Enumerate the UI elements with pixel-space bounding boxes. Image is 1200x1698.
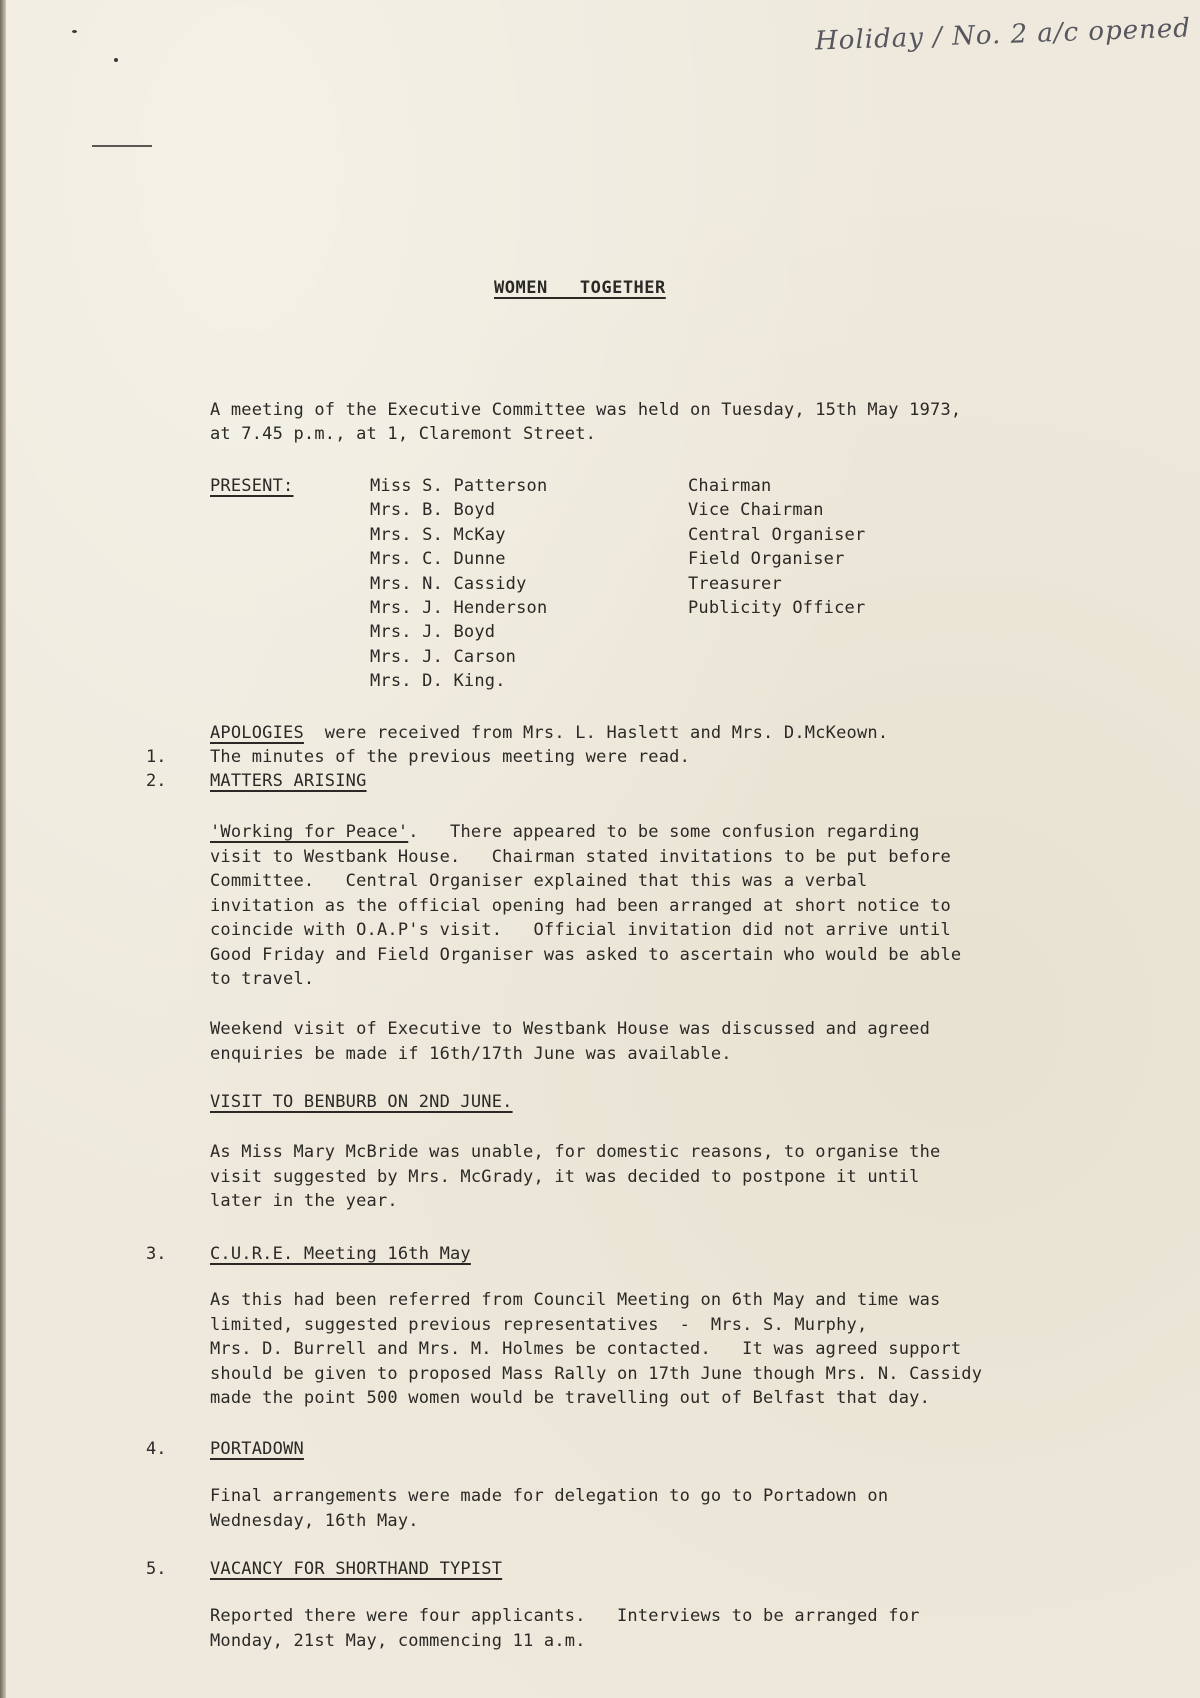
working-for-peace-text: . There appeared to be some confusion re… bbox=[408, 822, 919, 842]
item-number: 4. bbox=[146, 1437, 166, 1461]
weekend-visit-line: Weekend visit of Executive to Westbank H… bbox=[210, 1017, 930, 1041]
item-number: 5. bbox=[146, 1557, 166, 1581]
attendee-role: Field Organiser bbox=[688, 547, 845, 571]
attendee-name: Mrs. D. King. bbox=[370, 669, 506, 693]
attendee-name: Mrs. J. Henderson bbox=[370, 596, 547, 620]
scanned-page: Holiday / No. 2 a/c opened WOMEN TOGETHE… bbox=[0, 0, 1200, 1698]
item-number: 2. bbox=[146, 769, 166, 793]
vacancy-line: Reported there were four applicants. Int… bbox=[210, 1604, 920, 1628]
working-for-peace-line: invitation as the official opening had b… bbox=[210, 894, 951, 918]
working-for-peace-line-1: 'Working for Peace'. There appeared to b… bbox=[210, 820, 920, 844]
portadown-line: Wednesday, 16th May. bbox=[210, 1509, 419, 1533]
apologies-line: APOLOGIES were received from Mrs. L. Has… bbox=[210, 721, 888, 745]
cure-meeting-line: As this had been referred from Council M… bbox=[210, 1288, 940, 1312]
minutes-read-text: The minutes of the previous meeting were… bbox=[210, 745, 690, 769]
weekend-visit-line: enquiries be made if 16th/17th June was … bbox=[210, 1042, 732, 1066]
cure-meeting-line: should be given to proposed Mass Rally o… bbox=[210, 1362, 982, 1386]
item-number: 1. bbox=[146, 745, 166, 769]
intro-line-1: A meeting of the Executive Committee was… bbox=[210, 398, 961, 422]
document-title: WOMEN TOGETHER bbox=[494, 276, 666, 300]
attendee-role: Publicity Officer bbox=[688, 596, 865, 620]
visit-benburb-line: As Miss Mary McBride was unable, for dom… bbox=[210, 1140, 940, 1164]
matters-arising-heading: MATTERS ARISING bbox=[210, 769, 367, 793]
vacancy-heading: VACANCY FOR SHORTHAND TYPIST bbox=[210, 1557, 502, 1581]
working-for-peace-line: coincide with O.A.P's visit. Official in… bbox=[210, 918, 951, 942]
attendee-name: Mrs. C. Dunne bbox=[370, 547, 506, 571]
attendee-name: Mrs. S. McKay bbox=[370, 523, 506, 547]
intro-line-2: at 7.45 p.m., at 1, Claremont Street. bbox=[210, 422, 596, 446]
apologies-text: were received from Mrs. L. Haslett and M… bbox=[304, 723, 888, 743]
working-for-peace-line: Good Friday and Field Organiser was aske… bbox=[210, 943, 961, 967]
vacancy-line: Monday, 21st May, commencing 11 a.m. bbox=[210, 1629, 586, 1653]
ink-speck bbox=[114, 58, 118, 62]
working-for-peace-line: to travel. bbox=[210, 967, 314, 991]
portadown-line: Final arrangements were made for delegat… bbox=[210, 1484, 888, 1508]
attendee-name: Mrs. N. Cassidy bbox=[370, 572, 527, 596]
attendee-name: Mrs. J. Boyd bbox=[370, 620, 495, 644]
attendee-role: Treasurer bbox=[688, 572, 782, 596]
working-for-peace-label: 'Working for Peace' bbox=[210, 822, 408, 842]
ink-speck bbox=[92, 145, 152, 147]
cure-meeting-line: made the point 500 women would be travel… bbox=[210, 1386, 930, 1410]
apologies-label: APOLOGIES bbox=[210, 723, 304, 743]
cure-meeting-line: Mrs. D. Burrell and Mrs. M. Holmes be co… bbox=[210, 1337, 961, 1361]
visit-benburb-line: visit suggested by Mrs. McGrady, it was … bbox=[210, 1165, 920, 1189]
handwritten-note: Holiday / No. 2 a/c opened bbox=[815, 13, 1192, 56]
attendee-role: Central Organiser bbox=[688, 523, 865, 547]
cure-meeting-heading: C.U.R.E. Meeting 16th May bbox=[210, 1242, 471, 1266]
attendee-role: Vice Chairman bbox=[688, 498, 824, 522]
attendee-name: Mrs. B. Boyd bbox=[370, 498, 495, 522]
visit-benburb-heading: VISIT TO BENBURB ON 2ND JUNE. bbox=[210, 1090, 513, 1114]
present-label: PRESENT: bbox=[210, 474, 293, 498]
cure-meeting-line: limited, suggested previous representati… bbox=[210, 1313, 867, 1337]
attendee-name: Miss S. Patterson bbox=[370, 474, 547, 498]
ink-speck bbox=[72, 30, 77, 33]
attendee-role: Chairman bbox=[688, 474, 771, 498]
working-for-peace-line: Committee. Central Organiser explained t… bbox=[210, 869, 867, 893]
visit-benburb-line: later in the year. bbox=[210, 1189, 398, 1213]
attendee-name: Mrs. J. Carson bbox=[370, 645, 516, 669]
working-for-peace-line: visit to Westbank House. Chairman stated… bbox=[210, 845, 951, 869]
item-number: 3. bbox=[146, 1242, 166, 1266]
page-edge-shadow bbox=[0, 0, 6, 1698]
portadown-heading: PORTADOWN bbox=[210, 1437, 304, 1461]
